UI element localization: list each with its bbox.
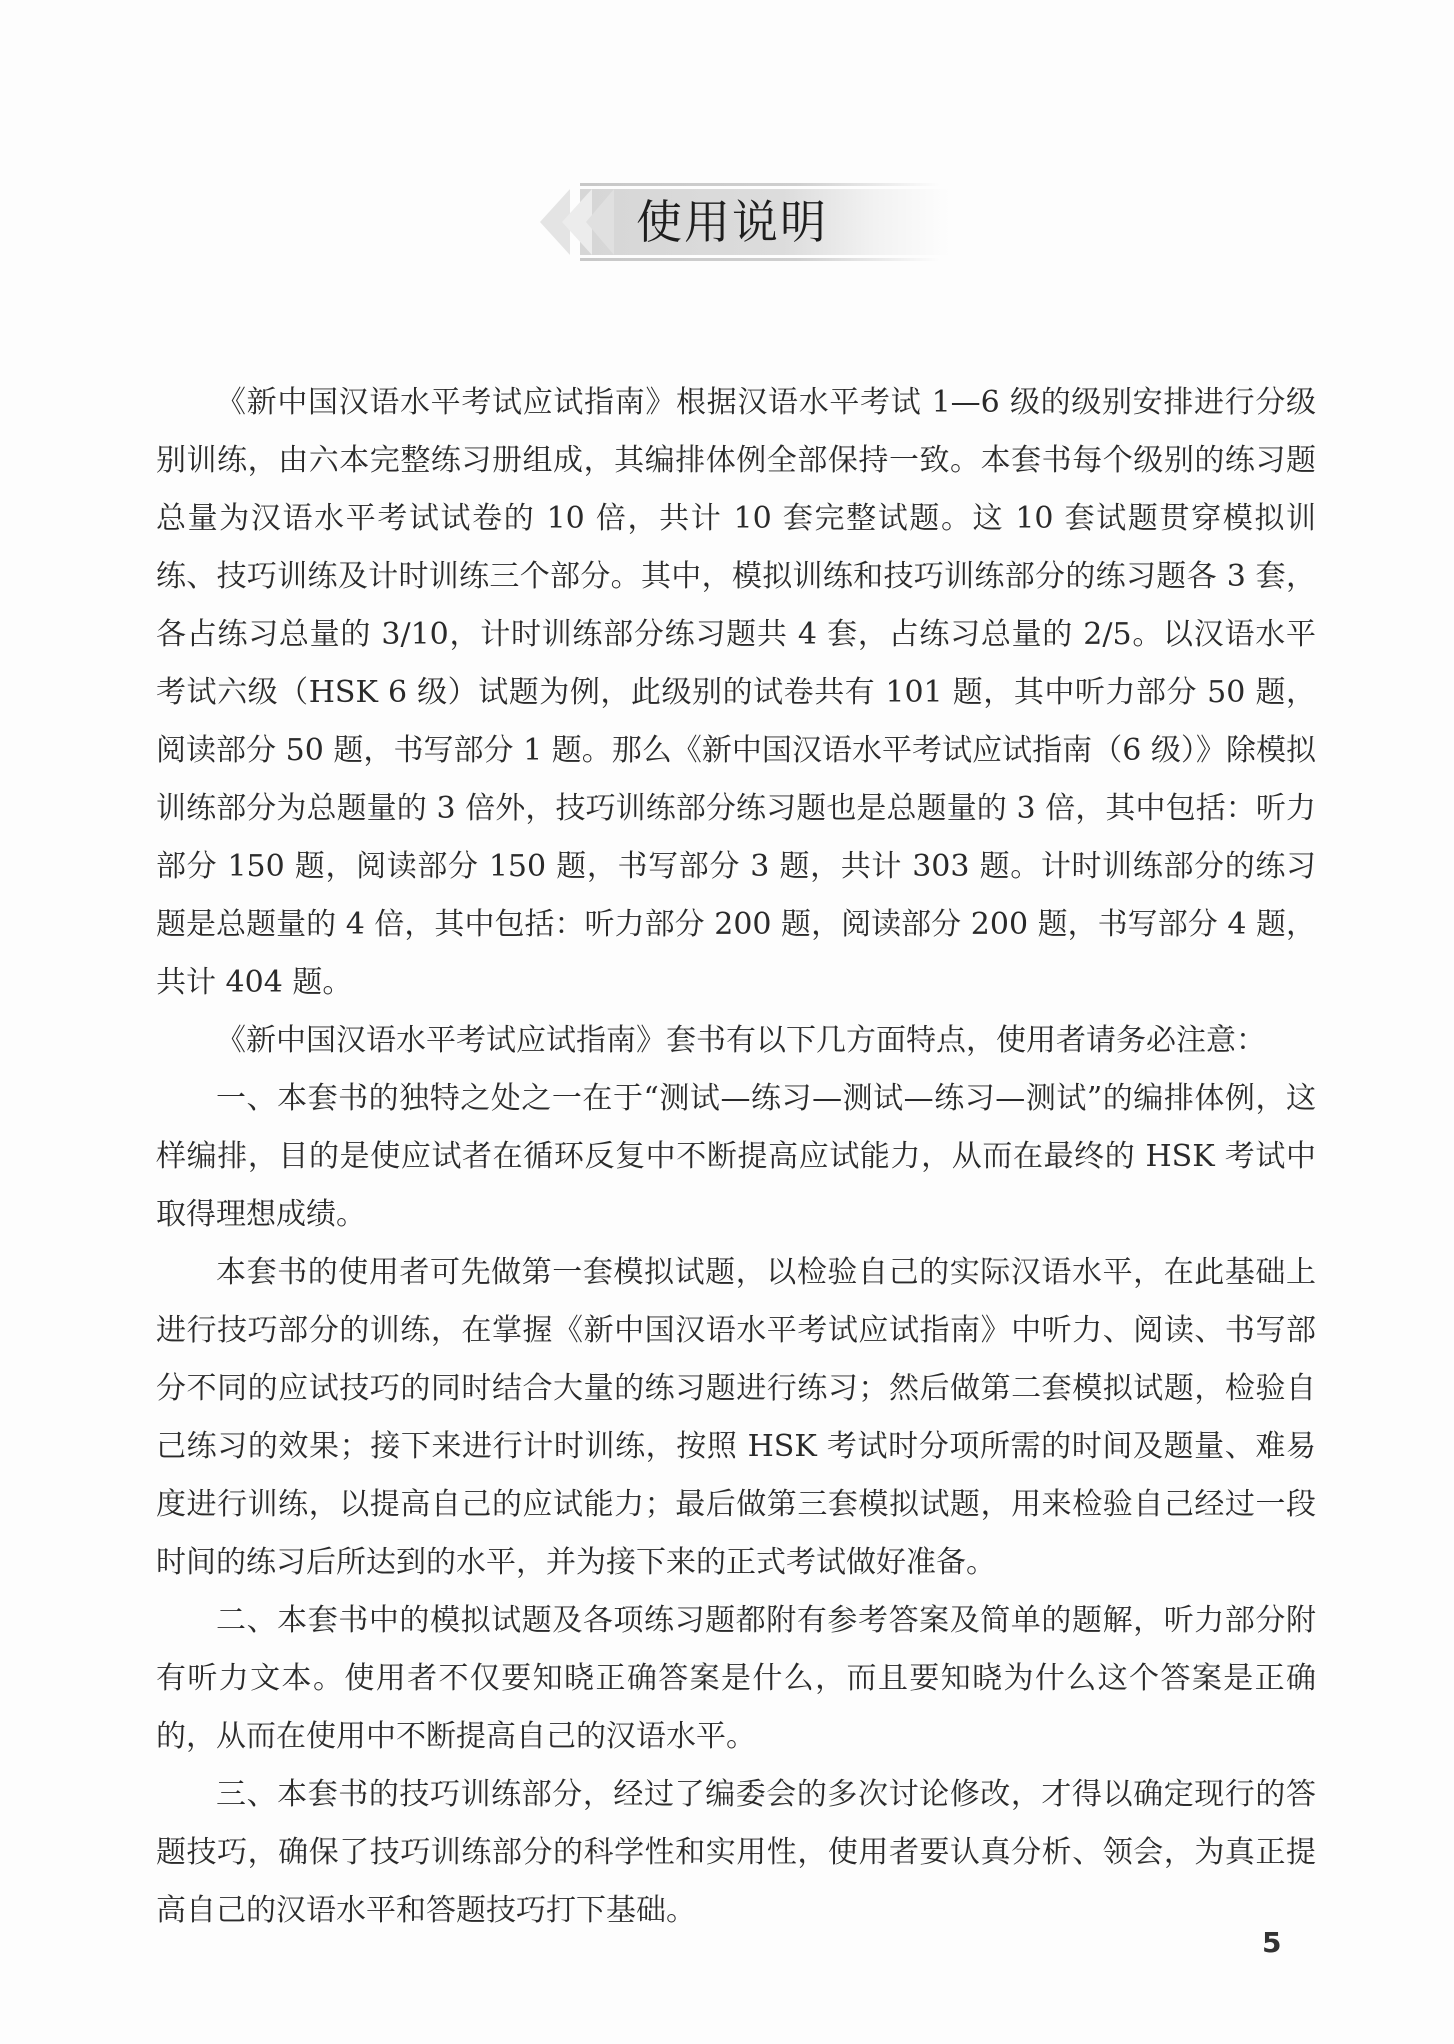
paragraph-feature-three: 三、本套书的技巧训练部分，经过了编委会的多次讨论修改，才得以确定现行的答题技巧，… — [156, 1766, 1316, 1940]
paragraph-feature-two: 二、本套书中的模拟试题及各项练习题都附有参考答案及简单的题解，听力部分附有听力文… — [156, 1592, 1316, 1766]
body-text: 《新中国汉语水平考试应试指南》根据汉语水平考试 1—6 级的级别安排进行分级别训… — [156, 374, 1316, 1940]
paragraph-overview: 《新中国汉语水平考试应试指南》根据汉语水平考试 1—6 级的级别安排进行分级别训… — [156, 374, 1316, 1012]
title-banner: 使用说明 — [540, 183, 950, 261]
page-title: 使用说明 — [636, 189, 828, 255]
document-page: 使用说明 《新中国汉语水平考试应试指南》根据汉语水平考试 1—6 级的级别安排进… — [0, 0, 1454, 2044]
chevron-left-icon — [586, 189, 614, 255]
paragraph-feature-one: 一、本套书的独特之处之一在于“测试—练习—测试—练习—测试”的编排体例，这样编排… — [156, 1070, 1316, 1244]
paragraph-usage-steps: 本套书的使用者可先做第一套模拟试题，以检验自己的实际汉语水平，在此基础上进行技巧… — [156, 1244, 1316, 1592]
banner-top-rule — [580, 183, 940, 186]
paragraph-features-intro: 《新中国汉语水平考试应试指南》套书有以下几方面特点，使用者请务必注意： — [156, 1012, 1316, 1070]
page-number: 5 — [1262, 1926, 1281, 1959]
banner-bottom-rule — [580, 258, 940, 261]
